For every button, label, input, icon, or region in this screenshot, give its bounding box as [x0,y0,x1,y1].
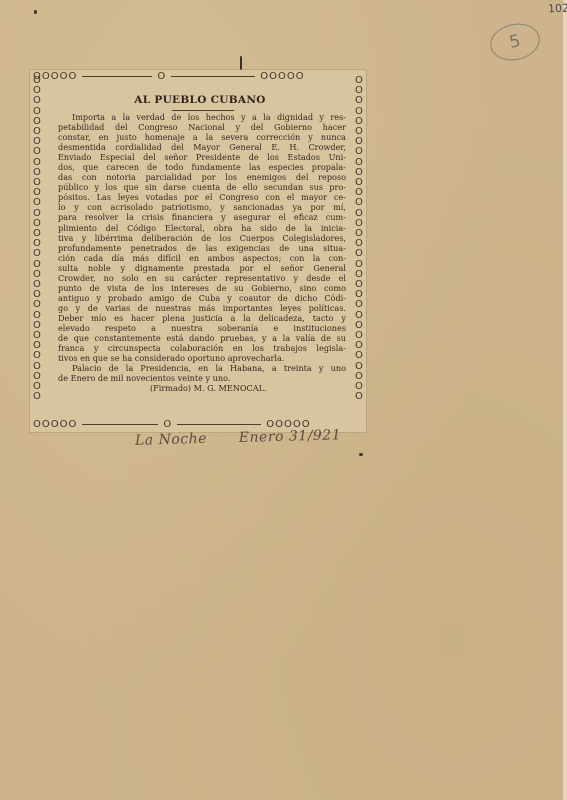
text-line: pósitos. Las leyes votadas por el Congre… [58,192,346,202]
border-circles-left: OOOOO [33,419,77,430]
text-line: elevado respeto a nuestra soberanía e in… [58,323,346,333]
text-line: punto de vista de los intereses de su Go… [58,283,346,293]
text-line: de Enero de mil novecientos veinte y uno… [58,373,346,383]
text-line: tiva y libérrima deliberación de los Cue… [58,233,346,243]
handwritten-date: Enero 31/921 [239,427,342,446]
text-line: Importa a la verdad de los hechos y a la… [58,112,346,122]
signature: (Firmado) M. G. MENOCAL. [58,383,346,393]
text-line: franca y circunspecta colaboración en lo… [58,343,346,353]
text-line: Palacio de la Presidencia, en la Habana,… [58,363,346,373]
border-circle-center: O [163,419,172,430]
text-line: das con notoria parcialidad por los enem… [58,172,346,182]
text-line: sulta noble y dignamente prestada por el… [58,263,346,273]
text-line: tivos en que se ha considerado oportuno … [58,353,346,363]
text-line: plimiento del Código Electoral, obra ha … [58,223,346,233]
clipping-border-top: OOOOO O OOOOO [33,71,305,82]
circled-page-number: 5 [487,19,543,65]
handwritten-source: La Noche [135,431,207,449]
clipping-title: AL PUEBLO CUBANO [60,94,340,106]
text-line: go y de varias de nuestras más important… [58,303,346,313]
text-line: de que constantemente está dando pruebas… [58,333,346,343]
archive-number: 102 [548,2,567,16]
text-line: ción cada día más difícil en ambos aspec… [58,253,346,263]
text-line: antiguo y probado amigo de Cuba y coauto… [58,293,346,303]
ink-spot [34,10,37,14]
text-line: petabilidad del Congreso Nacional y del … [58,122,346,132]
text-line: profundamente penetrados de las exigenci… [58,243,346,253]
border-rule [171,76,255,77]
border-circle-center: O [157,71,166,82]
circled-number-text: 5 [508,31,523,53]
text-line: lo y con acrisolado patriotismo, y sanci… [58,202,346,212]
clipping-body: Importa a la verdad de los hechos y a la… [58,112,346,393]
border-rule [82,424,158,425]
border-rule [82,76,152,77]
text-line: público y los que sin darse cuenta de el… [58,182,346,192]
page-edge [563,0,567,800]
clipping-border-right: O O O O O O O O O O O O O O O O O O O O … [355,76,363,403]
text-line: desmentida cordialidad del Mayor General… [58,142,346,152]
text-line: dos, que carecen de todo fundamente las … [58,162,346,172]
border-circle: O [355,392,363,402]
ink-spot [359,453,363,456]
text-line: Crowder, no solo en su carácter represen… [58,273,346,283]
clipping-border-left: O O O O O O O O O O O O O O O O O O O O … [33,76,41,403]
text-line: Enviado Especial del señor Presidente de… [58,152,346,162]
ink-mark [240,56,242,70]
text-line: Deber mío es hacer plena justicia a la d… [58,313,346,323]
text-line: constar, en justo homenaje a la severa c… [58,132,346,142]
text-line: para resolver la crisis financiera y ase… [58,212,346,222]
border-rule [177,424,261,425]
title-underline [172,110,234,111]
border-circles-right: OOOOO [260,71,304,82]
border-circle: O [33,392,41,402]
